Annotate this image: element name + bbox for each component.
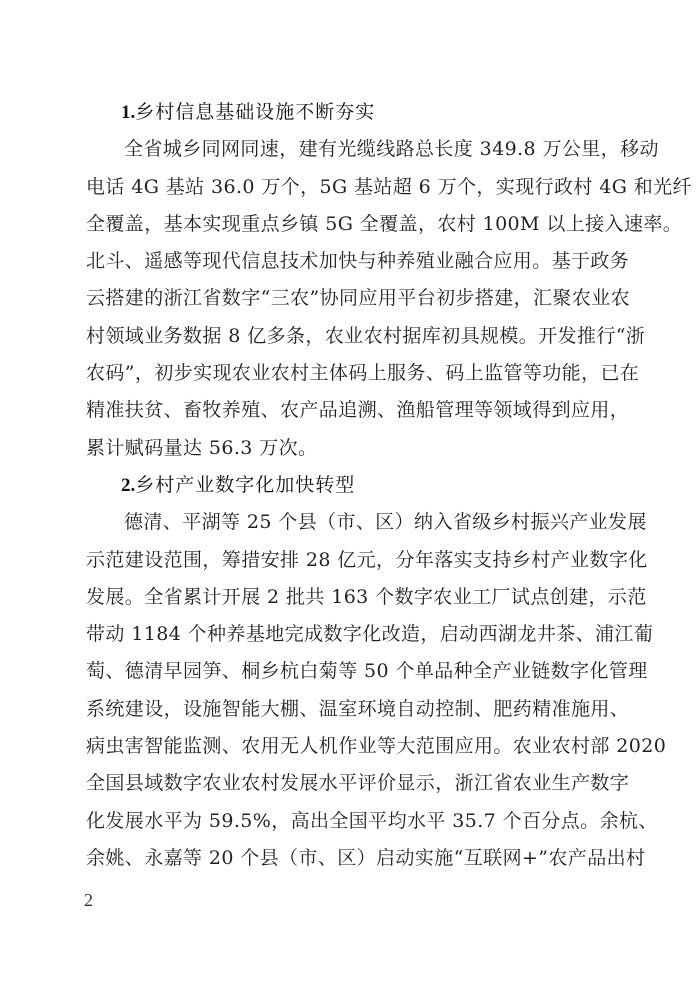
paragraph-line: 带动 1184 个种养基地完成数字化改造，启动西湖龙井茶、浦江葡: [86, 616, 616, 653]
paragraph-line: 农码”，初步实现农业农村主体码上服务、码上监管等功能，已在: [86, 355, 616, 392]
paragraph-line: 全国县域数字农业农村发展水平评价显示，浙江省农业生产数字: [86, 765, 616, 802]
paragraph-line: 云搭建的浙江省数字“三农”协同应用平台初步搭建，汇聚农业农: [86, 280, 616, 317]
page-number: 2: [84, 890, 93, 911]
paragraph-line: 病虫害智能监测、农用无人机作业等大范围应用。农业农村部 2020: [86, 728, 616, 765]
paragraph-line: 余姚、永嘉等 20 个县（市、区）启动实施“互联网+”农产品出村: [86, 840, 616, 877]
paragraph-line: 萄、德清早园笋、桐乡杭白菊等 50 个单品种全产业链数字化管理: [86, 653, 616, 690]
paragraph-line: 示范建设范围，筹措安排 28 亿元，分年落实支持乡村产业数字化: [86, 542, 616, 579]
paragraph-line: 全覆盖，基本实现重点乡镇 5G 全覆盖，农村 100M 以上接入速率。: [86, 206, 616, 243]
paragraph-line: 精准扶贫、畜牧养殖、农产品追溯、渔船管理等领域得到应用，: [86, 392, 616, 429]
paragraph-line: 系统建设，设施智能大棚、温室环境自动控制、肥药精准施用、: [86, 691, 616, 728]
section-title: 乡村信息基础设施不断夯实: [135, 101, 375, 123]
paragraph-line: 村领域业务数据 8 亿多条，农业农村据库初具规模。开发推行“浙: [86, 318, 616, 355]
paragraph-line: 发展。全省累计开展 2 批共 163 个数字农业工厂试点创建，示范: [86, 579, 616, 616]
paragraph-line: 电话 4G 基站 36.0 万个，5G 基站超 6 万个，实现行政村 4G 和光…: [86, 169, 616, 206]
paragraph-line: 全省城乡同网同速，建有光缆线路总长度 349.8 万公里，移动: [86, 131, 616, 168]
section-number: 2.: [121, 475, 135, 496]
paragraph-line: 化发展水平为 59.5%，高出全国平均水平 35.7 个百分点。余杭、: [86, 803, 616, 840]
document-page: 1.乡村信息基础设施不断夯实 全省城乡同网同速，建有光缆线路总长度 349.8 …: [86, 94, 616, 877]
section-title: 乡村产业数字化加快转型: [135, 474, 355, 496]
section-number: 1.: [121, 102, 135, 123]
paragraph-line: 累计赋码量达 56.3 万次。: [86, 430, 616, 467]
paragraph-line: 德清、平湖等 25 个县（市、区）纳入省级乡村振兴产业发展: [86, 504, 616, 541]
section-heading-1: 1.乡村信息基础设施不断夯实: [86, 94, 616, 131]
section-heading-2: 2.乡村产业数字化加快转型: [86, 467, 616, 504]
paragraph-line: 北斗、遥感等现代信息技术加快与种养殖业融合应用。基于政务: [86, 243, 616, 280]
